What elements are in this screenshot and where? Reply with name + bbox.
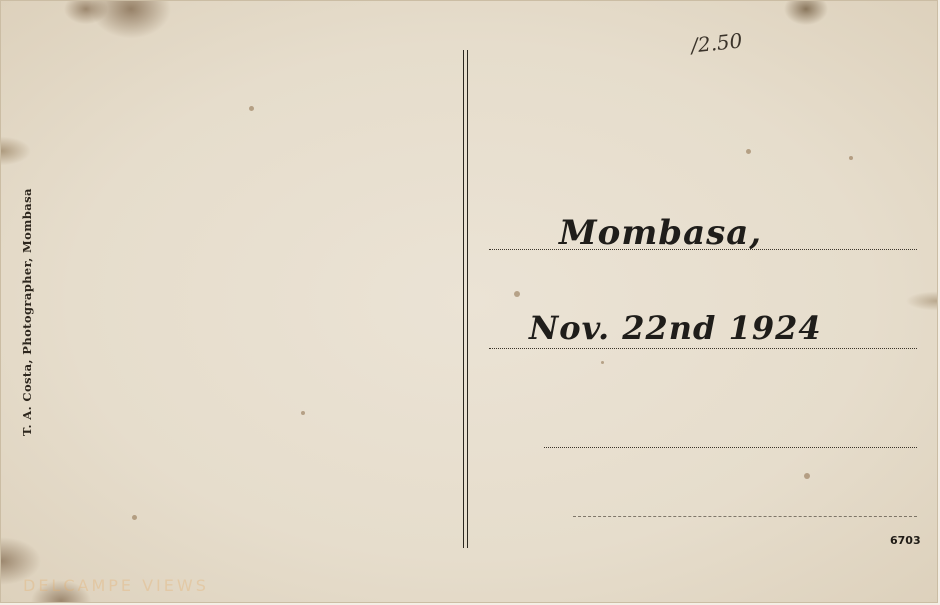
catalog-number: 6703 [890,534,921,547]
address-line-2 [489,348,917,349]
handwritten-date: Nov. 22nd 1924 [529,309,822,347]
publisher-imprint: T. A. Costa, Photographer, Mombasa [20,156,34,436]
address-line-1 [489,249,917,250]
center-divider [463,50,468,548]
address-line-3 [544,447,917,448]
handwritten-place: Mombasa, [559,213,762,253]
price-note: /2.50 [690,28,744,57]
address-line-4 [573,516,917,517]
watermark: DELCAMPE VIEWS [23,576,209,595]
postcard-back: T. A. Costa, Photographer, Mombasa /2.50… [0,0,938,603]
